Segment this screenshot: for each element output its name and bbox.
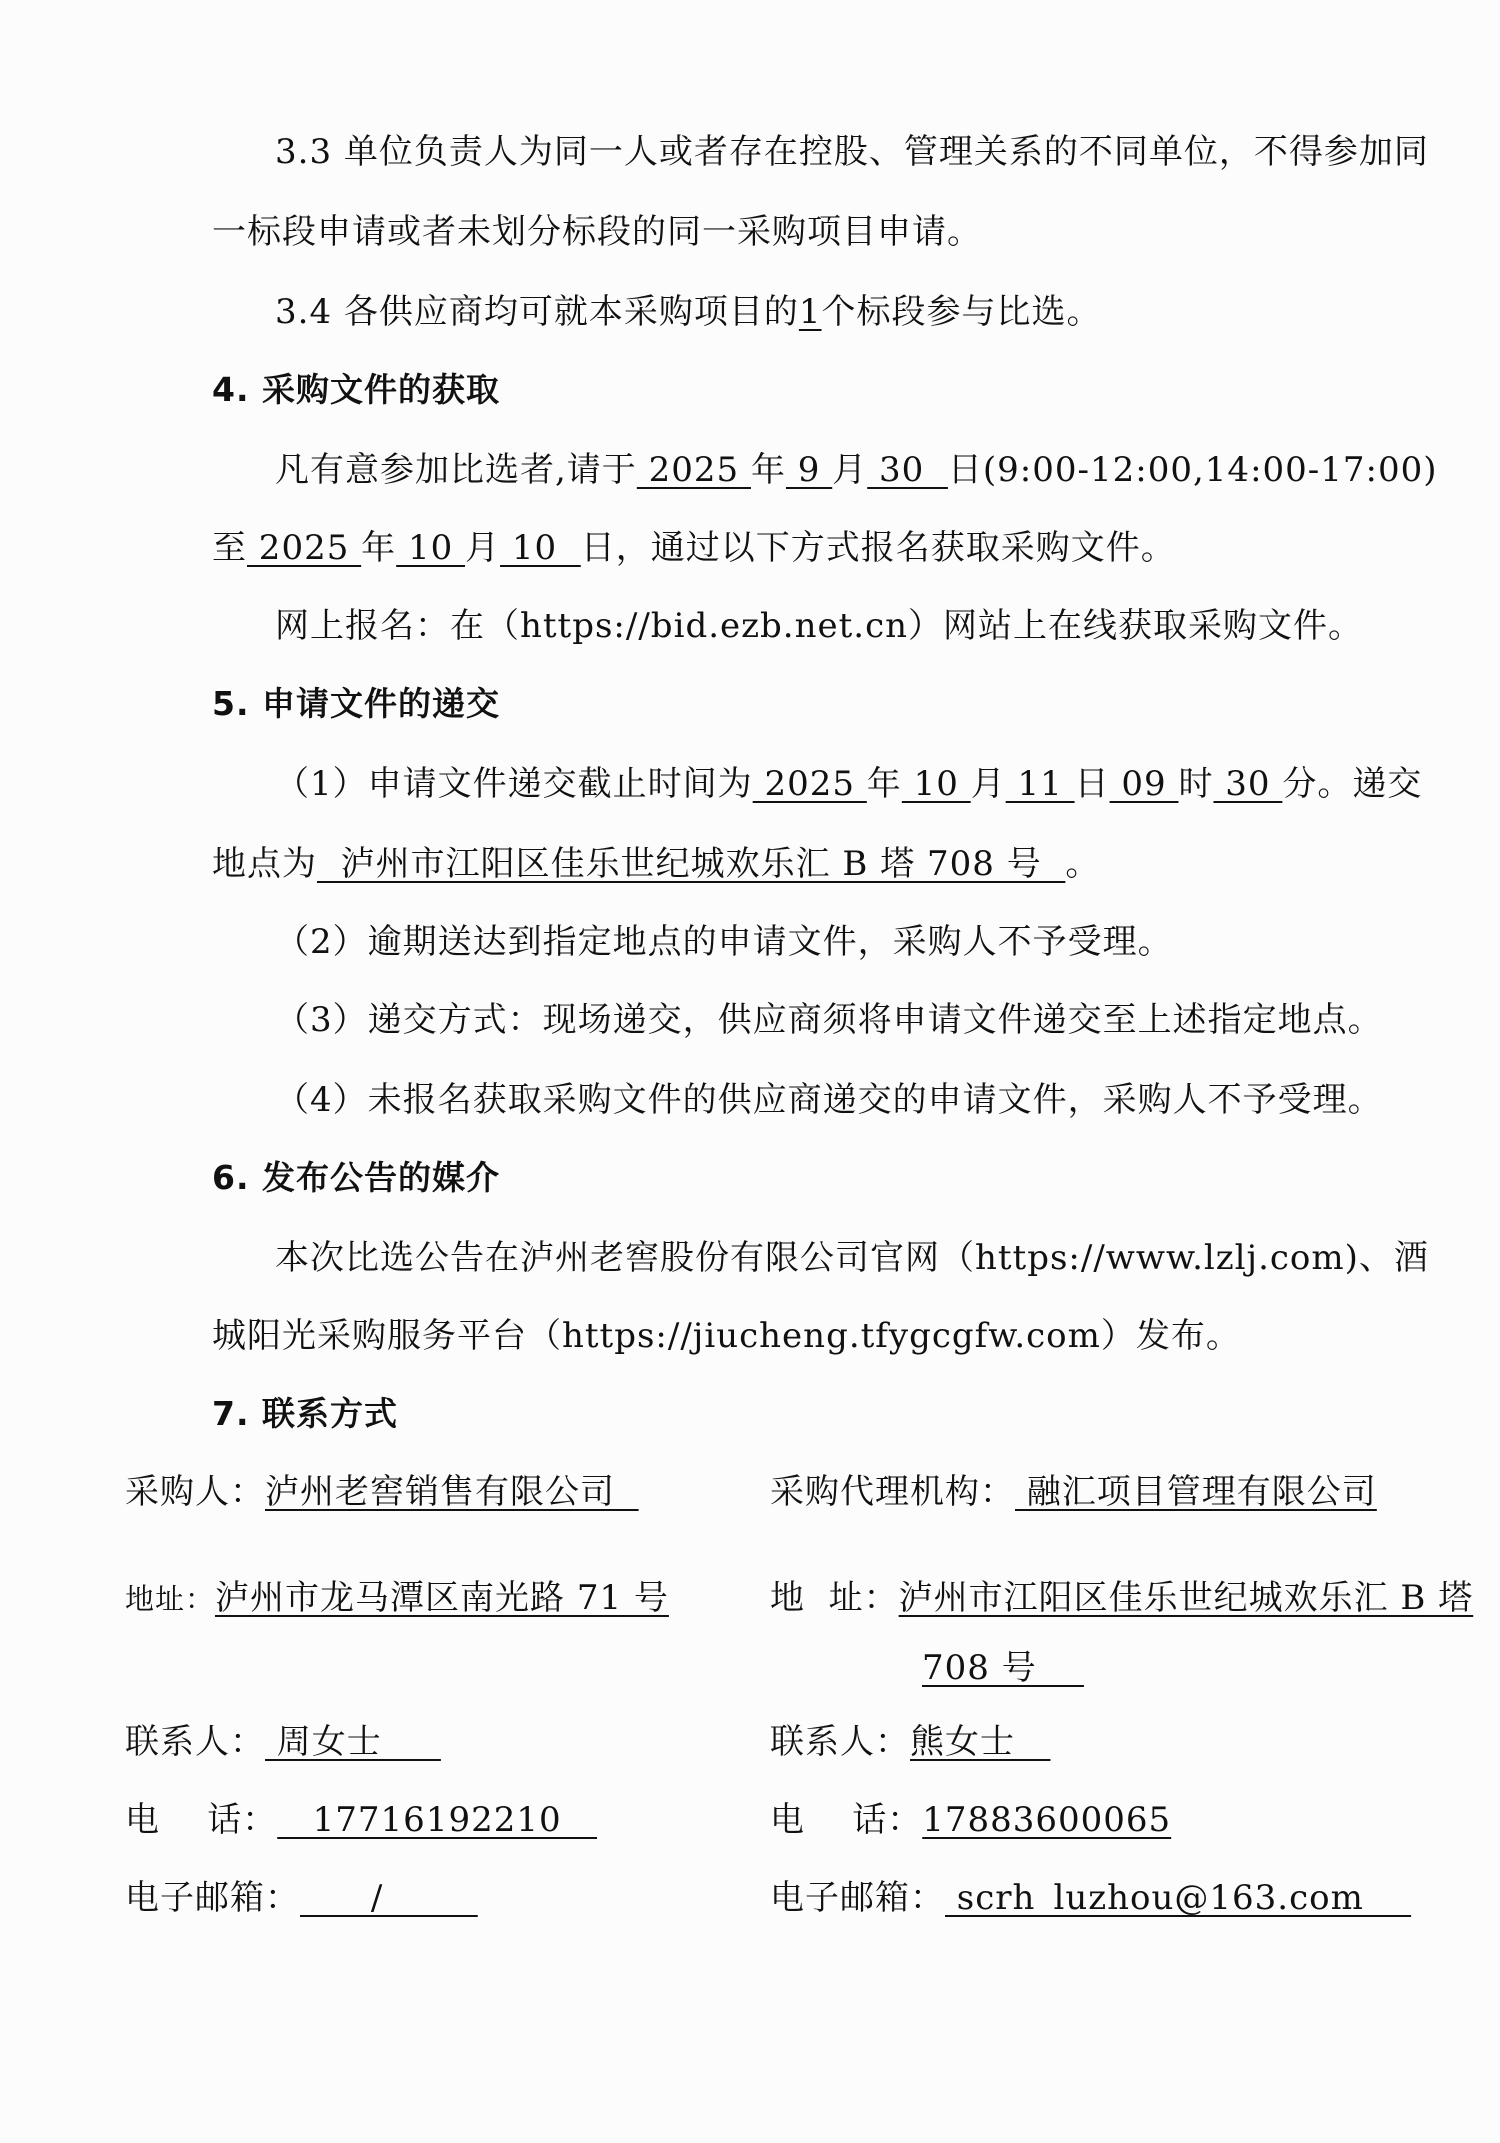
item-3: （3）递交方式：现场递交，供应商须将申请文件递交至上述指定地点。: [275, 998, 1383, 1042]
media-line1: 本次比选公告在泸州老窖股份有限公司官网（https://www.lzlj.com…: [275, 1236, 1429, 1280]
para-3-3-line1: 3.3 单位负责人为同一人或者存在控股、管理关系的不同单位，不得参加同: [275, 130, 1429, 174]
lot-count: 1: [799, 292, 822, 332]
buyer-phone-row: 电 话： 17716192210: [125, 1798, 597, 1842]
agency-address-row: 地 址：泸州市江阳区佳乐世纪城欢乐汇 B 塔: [770, 1576, 1473, 1620]
agency-name-row: 采购代理机构： 融汇项目管理有限公司: [770, 1470, 1377, 1514]
buyer-address-row: 地址：泸州市龙马潭区南光路 71 号: [125, 1576, 669, 1621]
agency-email-row: 电子邮箱： scrh_luzhou@163.com: [770, 1876, 1411, 1920]
item-4: （4）未报名获取采购文件的供应商递交的申请文件，采购人不予受理。: [275, 1078, 1383, 1122]
buyer-name-row: 采购人：泸州老窖销售有限公司: [125, 1470, 639, 1514]
agency-address-row2: 708 号: [922, 1646, 1084, 1690]
acquire-period-line1: 凡有意参加比选者,请于 2025 年 9 月 30 日(9:00-12:00,1…: [275, 448, 1438, 492]
section-6-heading: 6. 发布公告的媒介: [212, 1156, 500, 1200]
agency-phone-row: 电 话：17883600065: [770, 1798, 1171, 1842]
section-4-heading: 4. 采购文件的获取: [212, 368, 500, 412]
section-7-heading: 7. 联系方式: [212, 1392, 398, 1436]
media-line2: 城阳光采购服务平台（https://jiucheng.tfygcgfw.com）…: [212, 1314, 1241, 1358]
agency-contact-row: 联系人：熊女士: [770, 1720, 1050, 1764]
para-3-3-line2: 一标段申请或者未划分标段的同一采购项目申请。: [212, 210, 982, 254]
item-2: （2）逾期送达到指定地点的申请文件，采购人不予受理。: [275, 920, 1173, 964]
para-3-4: 3.4 各供应商均可就本采购项目的1个标段参与比选。: [275, 290, 1102, 334]
acquire-period-line2: 至 2025 年 10 月 10 日，通过以下方式报名获取采购文件。: [212, 526, 1176, 570]
deadline-line1: （1）申请文件递交截止时间为 2025 年 10 月 11 日 09 时 30 …: [275, 762, 1422, 806]
agency-email: scrh_luzhou@163.com: [945, 1878, 1411, 1918]
buyer-contact-row: 联系人： 周女士: [125, 1720, 441, 1764]
online-registration: 网上报名：在（https://bid.ezb.net.cn）网站上在线获取采购文…: [275, 604, 1363, 648]
deadline-line2: 地点为 泸州市江阳区佳乐世纪城欢乐汇 B 塔 708 号 。: [212, 842, 1100, 886]
section-5-heading: 5. 申请文件的递交: [212, 682, 500, 726]
submission-place: 泸州市江阳区佳乐世纪城欢乐汇 B 塔 708 号: [317, 844, 1065, 884]
buyer-email-row: 电子邮箱： /: [125, 1876, 478, 1920]
